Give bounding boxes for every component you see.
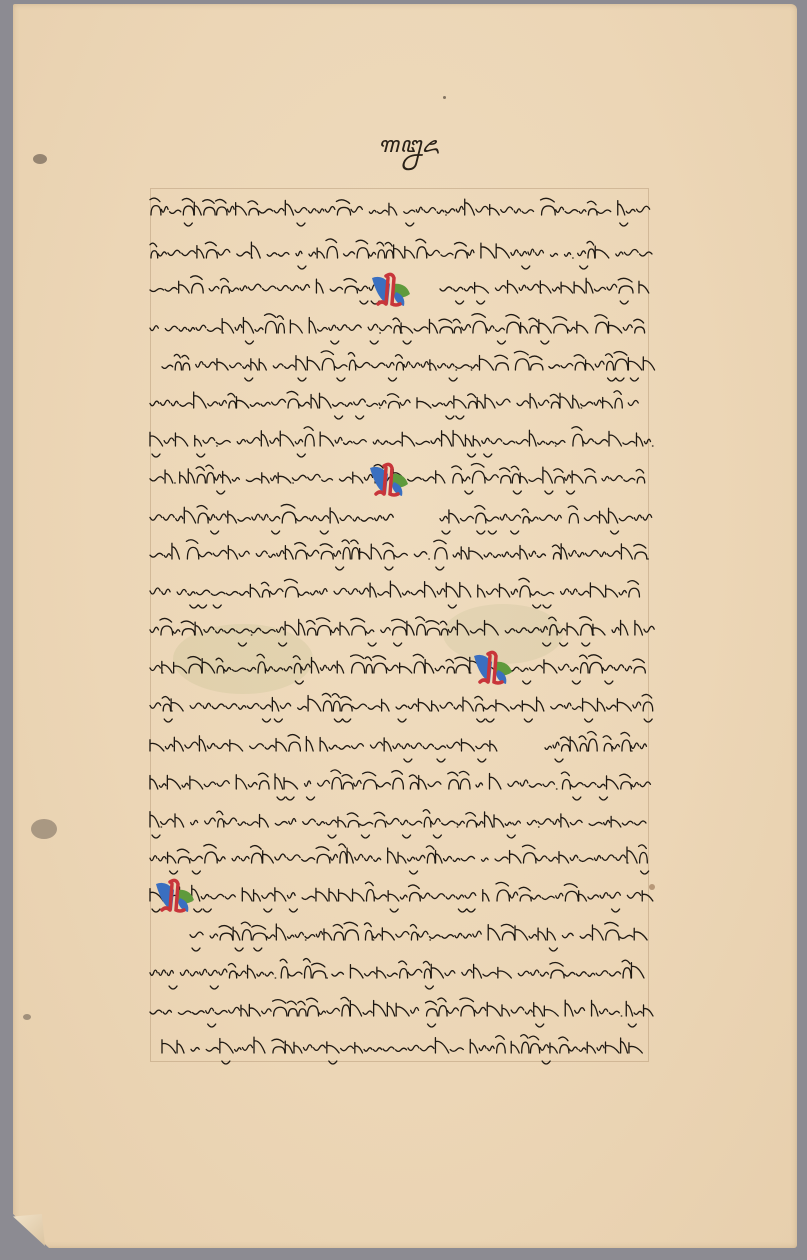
ink-stain xyxy=(23,1014,31,1020)
script-line xyxy=(150,960,650,990)
script-line xyxy=(150,883,650,913)
script-line xyxy=(150,541,650,571)
script-line xyxy=(150,197,650,227)
script-line xyxy=(150,315,650,345)
ink-stain xyxy=(33,154,47,164)
script-line xyxy=(150,845,650,875)
pada-ornament-1-icon xyxy=(368,270,416,310)
script-line xyxy=(150,428,650,458)
pada-ornament-2-icon xyxy=(366,460,414,500)
script-line xyxy=(150,693,650,723)
ink-stain xyxy=(31,819,57,839)
script-line xyxy=(150,1035,650,1065)
script-line xyxy=(150,390,650,420)
script-line xyxy=(150,771,650,801)
script-line xyxy=(150,998,650,1028)
script-line xyxy=(150,733,650,763)
folio-number: ꧑꧒꧖ xyxy=(378,128,440,173)
script-line xyxy=(150,240,650,270)
script-line xyxy=(150,352,650,382)
pada-ornament-4-icon xyxy=(152,876,200,916)
script-line xyxy=(150,809,650,839)
script-line xyxy=(150,655,650,685)
script-line xyxy=(150,922,650,952)
script-line xyxy=(150,505,650,535)
foxing-spot xyxy=(443,96,446,99)
script-line xyxy=(150,579,650,609)
pada-ornament-3-icon xyxy=(470,648,518,688)
script-line xyxy=(150,617,650,647)
